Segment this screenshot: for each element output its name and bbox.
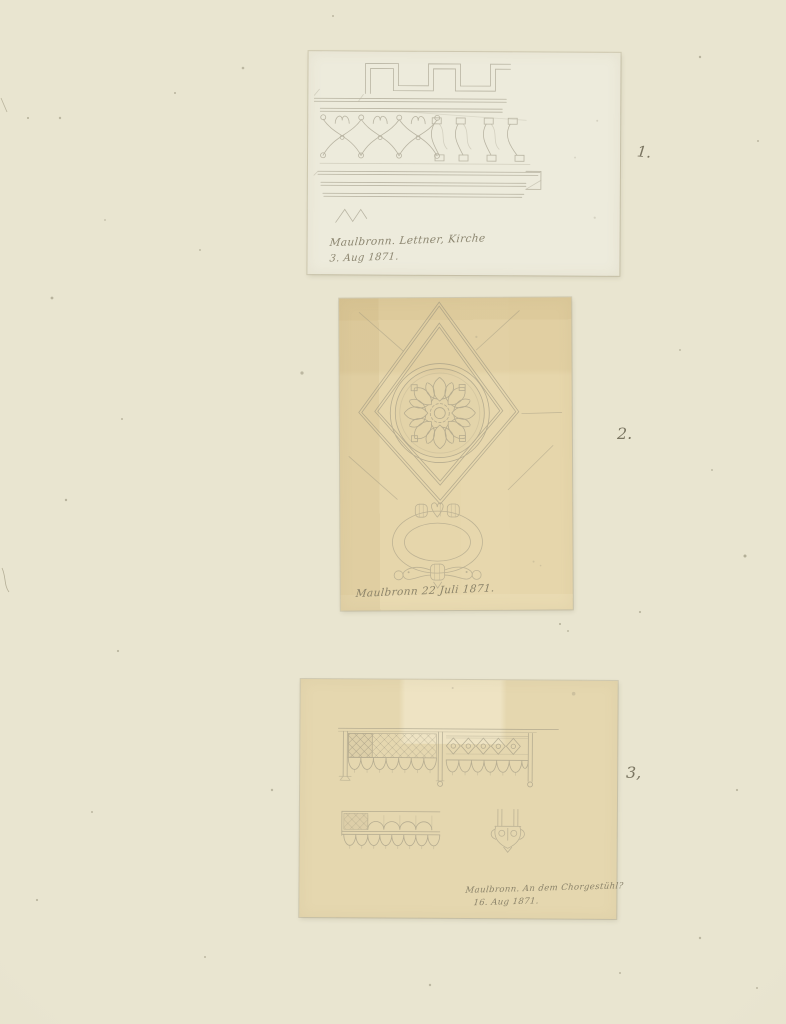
moulding-bar: [314, 170, 541, 197]
paper-fiber: [2, 568, 9, 592]
paper-fiber: [1, 98, 7, 112]
inscription-date-3: 16. Aug 1871.: [473, 896, 539, 908]
mounted-sheet-2: Maulbronn 22 Juli 1871.: [339, 297, 573, 610]
zigzag-mark: [336, 209, 367, 222]
door-knocker: [392, 503, 482, 589]
paper-flecks: [452, 687, 576, 696]
inscription-date-1: 3. Aug 1871.: [329, 251, 399, 264]
scroll-frieze: [320, 111, 530, 164]
bracket-detail: [491, 809, 525, 852]
catalogue-number-3: 3,: [626, 763, 641, 782]
meander-band: [358, 63, 510, 102]
catalogue-number-1: 1.: [636, 142, 652, 161]
railing-elevation: [338, 728, 558, 787]
railing-fragment: [342, 811, 440, 849]
tracery-rosette: [390, 363, 490, 463]
album-page: Maulbronn. Lettner, Kirche 3. Aug 1871. …: [0, 0, 786, 1024]
rosette-knocker-drawing: [339, 297, 573, 610]
mounted-sheet-3: Maulbronn. An dem Chorgestühl? 16. Aug 1…: [299, 679, 617, 919]
cornice-lines: [314, 89, 506, 112]
catalogue-number-2: 2.: [617, 424, 632, 443]
mounted-sheet-1: Maulbronn. Lettner, Kirche 3. Aug 1871.: [307, 51, 620, 276]
paper-flecks: [574, 120, 598, 219]
